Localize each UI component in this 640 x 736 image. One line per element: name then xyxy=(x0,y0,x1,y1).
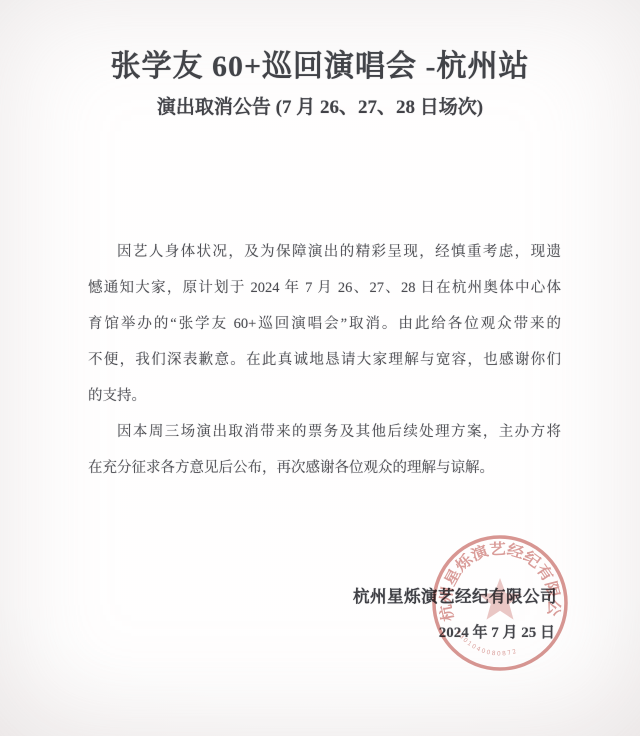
seal-serial-number: 4301040080872 xyxy=(454,629,519,658)
body-line: 的支持。 xyxy=(88,378,561,414)
svg-text:4301040080872: 4301040080872 xyxy=(454,629,519,658)
page-title: 张学友 60+巡回演唱会 -杭州站 xyxy=(0,47,640,87)
announcement-document: 张学友 60+巡回演唱会 -杭州站 演出取消公告 (7 月 26、27、28 日… xyxy=(0,0,640,736)
seal-star-icon xyxy=(478,578,522,620)
body-line: 憾通知大家，原计划于 2024 年 7 月 26、27、28 日在杭州奥体中心体 xyxy=(88,270,561,306)
body-line: 因本周三场演出取消带来的票务及其他后续处理方案，主办方将 xyxy=(88,414,561,450)
announcement-body: 因艺人身体状况，及为保障演出的精彩呈现，经慎重考虑，现遗 憾通知大家，原计划于 … xyxy=(88,234,561,486)
body-paragraph-2: 因本周三场演出取消带来的票务及其他后续处理方案，主办方将 在充分征求各方意见后公… xyxy=(88,414,561,486)
company-seal: 杭州星烁演艺经纪有限公司 4301040080872 xyxy=(428,531,572,675)
body-line: 育馆举办的“张学友 60+巡回演唱会”取消。由此给各位观众带来的 xyxy=(88,306,561,342)
body-line: 在充分征求各方意见后公布，再次感谢各位观众的理解与谅解。 xyxy=(88,450,561,486)
body-line: 因艺人身体状况，及为保障演出的精彩呈现，经慎重考虑，现遗 xyxy=(88,234,561,270)
body-line: 不便，我们深表歉意。在此真诚地恳请大家理解与宽容，也感谢你们 xyxy=(88,342,561,378)
body-paragraph-1: 因艺人身体状况，及为保障演出的精彩呈现，经慎重考虑，现遗 憾通知大家，原计划于 … xyxy=(88,234,561,414)
page-subtitle: 演出取消公告 (7 月 26、27、28 日场次) xyxy=(0,93,640,123)
